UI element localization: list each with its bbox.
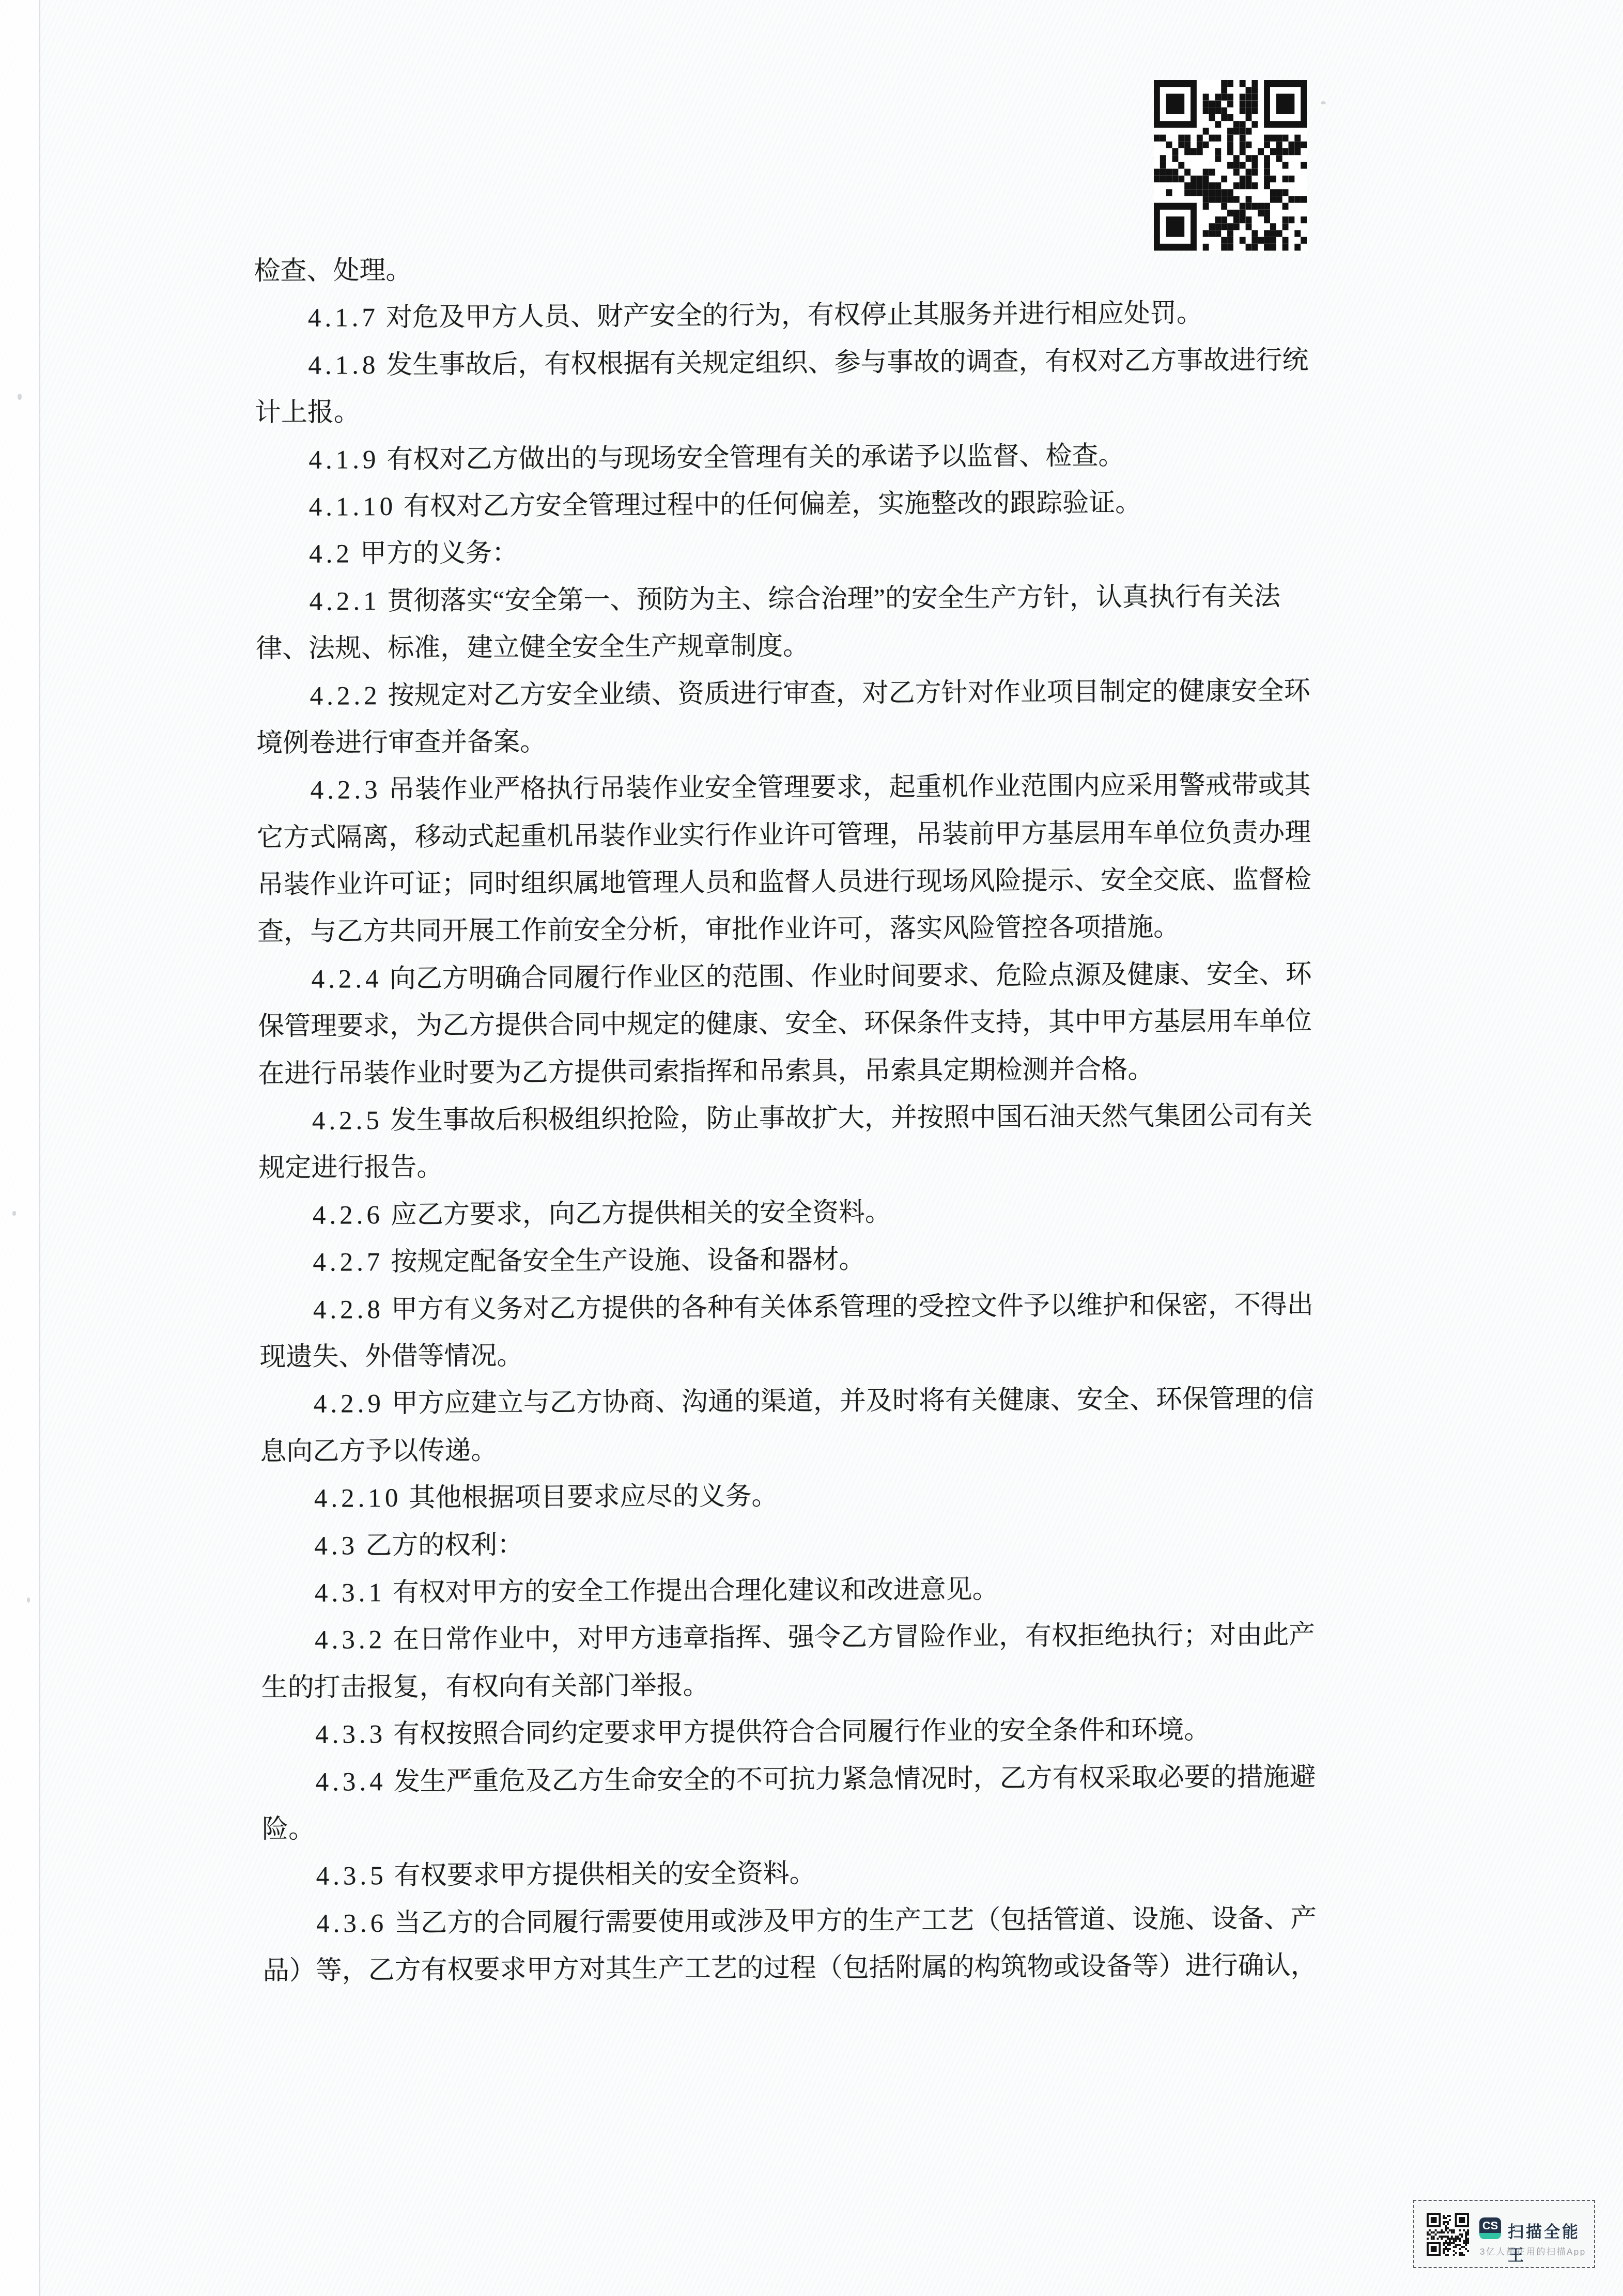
text-line: 4.1.9有权对乙方做出的与现场安全管理有关的承诺予以监督、检查。 (255, 431, 1309, 484)
document-body: 检查、处理。4.1.7对危及甲方人员、财产安全的行为，有权停止其服务并进行相应处… (254, 243, 1317, 1995)
text-line: 4.3乙方的权利： (260, 1517, 1315, 1570)
scan-speck (27, 1597, 30, 1603)
text-line: 4.2.7按规定配备安全生产设施、设备和器材。 (259, 1234, 1313, 1287)
text-line: 4.1.10有权对乙方安全管理过程中的任何偏差，实施整改的跟踪验证。 (255, 479, 1309, 532)
text-line: 4.2.5发生事故后积极组织抢险，防止事故扩大，并按照中国石油天然气集团公司有关 (258, 1093, 1312, 1145)
text-line: 查，与乙方共同开展工作前安全分析，审批作业许可，落实风险管控各项措施。 (257, 904, 1311, 956)
text-line: 境例卷进行审查并备案。 (256, 715, 1310, 768)
camscanner-watermark: CS 扫描全能王 3亿人都在用的扫描App (1413, 2200, 1595, 2268)
text-line: 计上报。 (255, 384, 1309, 437)
text-line: 保管理要求，为乙方提供合同中规定的健康、安全、环保条件支持，其中甲方基层用车单位 (258, 998, 1312, 1051)
text-line: 律、法规、标准，建立健全安全生产规章制度。 (256, 620, 1310, 673)
text-line: 它方式隔离，移动式起重机吊装作业实行作业许可管理，吊装前甲方基层用车单位负责办理 (257, 809, 1311, 862)
text-line: 在进行吊装作业时要为乙方提供司索指挥和吊索具，吊索具定期检测并合格。 (258, 1045, 1312, 1098)
text-line: 4.2.8甲方有义务对乙方提供的各种有关体系管理的受控文件予以维护和保密，不得出 (259, 1281, 1313, 1334)
text-line: 险。 (262, 1801, 1316, 1854)
text-line: 息向乙方予以传递。 (260, 1423, 1314, 1476)
text-line: 规定进行报告。 (258, 1140, 1312, 1192)
scan-speck (18, 394, 22, 400)
text-line: 4.2.6应乙方要求，向乙方提供相关的安全资料。 (259, 1187, 1313, 1239)
text-line: 4.2甲方的义务： (255, 526, 1309, 579)
camscanner-app-icon: CS (1479, 2217, 1501, 2239)
scan-edge-strip (0, 0, 39, 2296)
text-line: 4.3.3有权按照合同约定要求甲方提供符合合同履行作业的安全条件和环境。 (261, 1707, 1316, 1759)
text-line: 4.2.2按规定对乙方安全业绩、资质进行审查，对乙方针对作业项目制定的健康安全环 (256, 668, 1310, 720)
text-line: 4.2.4向乙方明确合同履行作业区的范围、作业时间要求、危险点源及健康、安全、环 (257, 951, 1311, 1004)
camscanner-qr-code (1427, 2213, 1469, 2256)
text-line: 4.2.10其他根据项目要求应尽的义务。 (260, 1470, 1315, 1523)
text-line: 4.2.3吊装作业严格执行吊装作业安全管理要求，起重机作业范围内应采用警戒带或其 (256, 762, 1310, 815)
text-line: 4.3.5有权要求甲方提供相关的安全资料。 (262, 1848, 1316, 1901)
text-line: 现遗失、外借等情况。 (259, 1329, 1313, 1382)
text-line: 吊装作业许可证；同时组织属地管理人员和监督人员进行现场风险提示、安全交底、监督检 (257, 857, 1311, 909)
scan-speck (12, 1211, 16, 1216)
text-line: 4.2.9甲方应建立与乙方协商、沟通的渠道，并及时将有关健康、安全、环保管理的信 (260, 1376, 1314, 1429)
scan-speck (1321, 101, 1326, 104)
text-line: 4.3.2在日常作业中，对甲方违章指挥、强令乙方冒险作业，有权拒绝执行；对由此产 (261, 1612, 1315, 1665)
text-line: 检查、处理。 (254, 243, 1308, 296)
text-line: 4.3.4发生严重危及乙方生命安全的不可抗力紧急情况时，乙方有权采取必要的措施避 (261, 1754, 1316, 1806)
text-line: 4.2.1贯彻落实“安全第一、预防为主、综合治理”的安全生产方针，认真执行有关法 (256, 573, 1310, 626)
document-qr-code (1154, 80, 1307, 251)
camscanner-tagline: 3亿人都在用的扫描App (1480, 2244, 1586, 2257)
text-line: 4.3.6当乙方的合同履行需要使用或涉及甲方的生产工艺（包括管道、设施、设备、产 (262, 1895, 1317, 1948)
scanned-document-page: 检查、处理。4.1.7对危及甲方人员、财产安全的行为，有权停止其服务并进行相应处… (0, 0, 1623, 2296)
camscanner-app-initials: CS (1482, 2219, 1498, 2232)
text-line: 生的打击报复，有权向有关部门举报。 (261, 1659, 1316, 1712)
scan-edge-line (39, 0, 40, 2296)
text-line: 品）等，乙方有权要求甲方对其生产工艺的过程（包括附属的构筑物或设备等）进行确认， (262, 1943, 1317, 1995)
text-line: 4.3.1有权对甲方的安全工作提出合理化建议和改进意见。 (261, 1565, 1315, 1618)
text-line: 4.1.8发生事故后，有权根据有关规定组织、参与事故的调查，有权对乙方事故进行统 (254, 337, 1308, 390)
camscanner-app-name: 扫描全能王 (1508, 2219, 1594, 2265)
text-line: 4.1.7对危及甲方人员、财产安全的行为，有权停止其服务并进行相应处罚。 (254, 290, 1308, 343)
